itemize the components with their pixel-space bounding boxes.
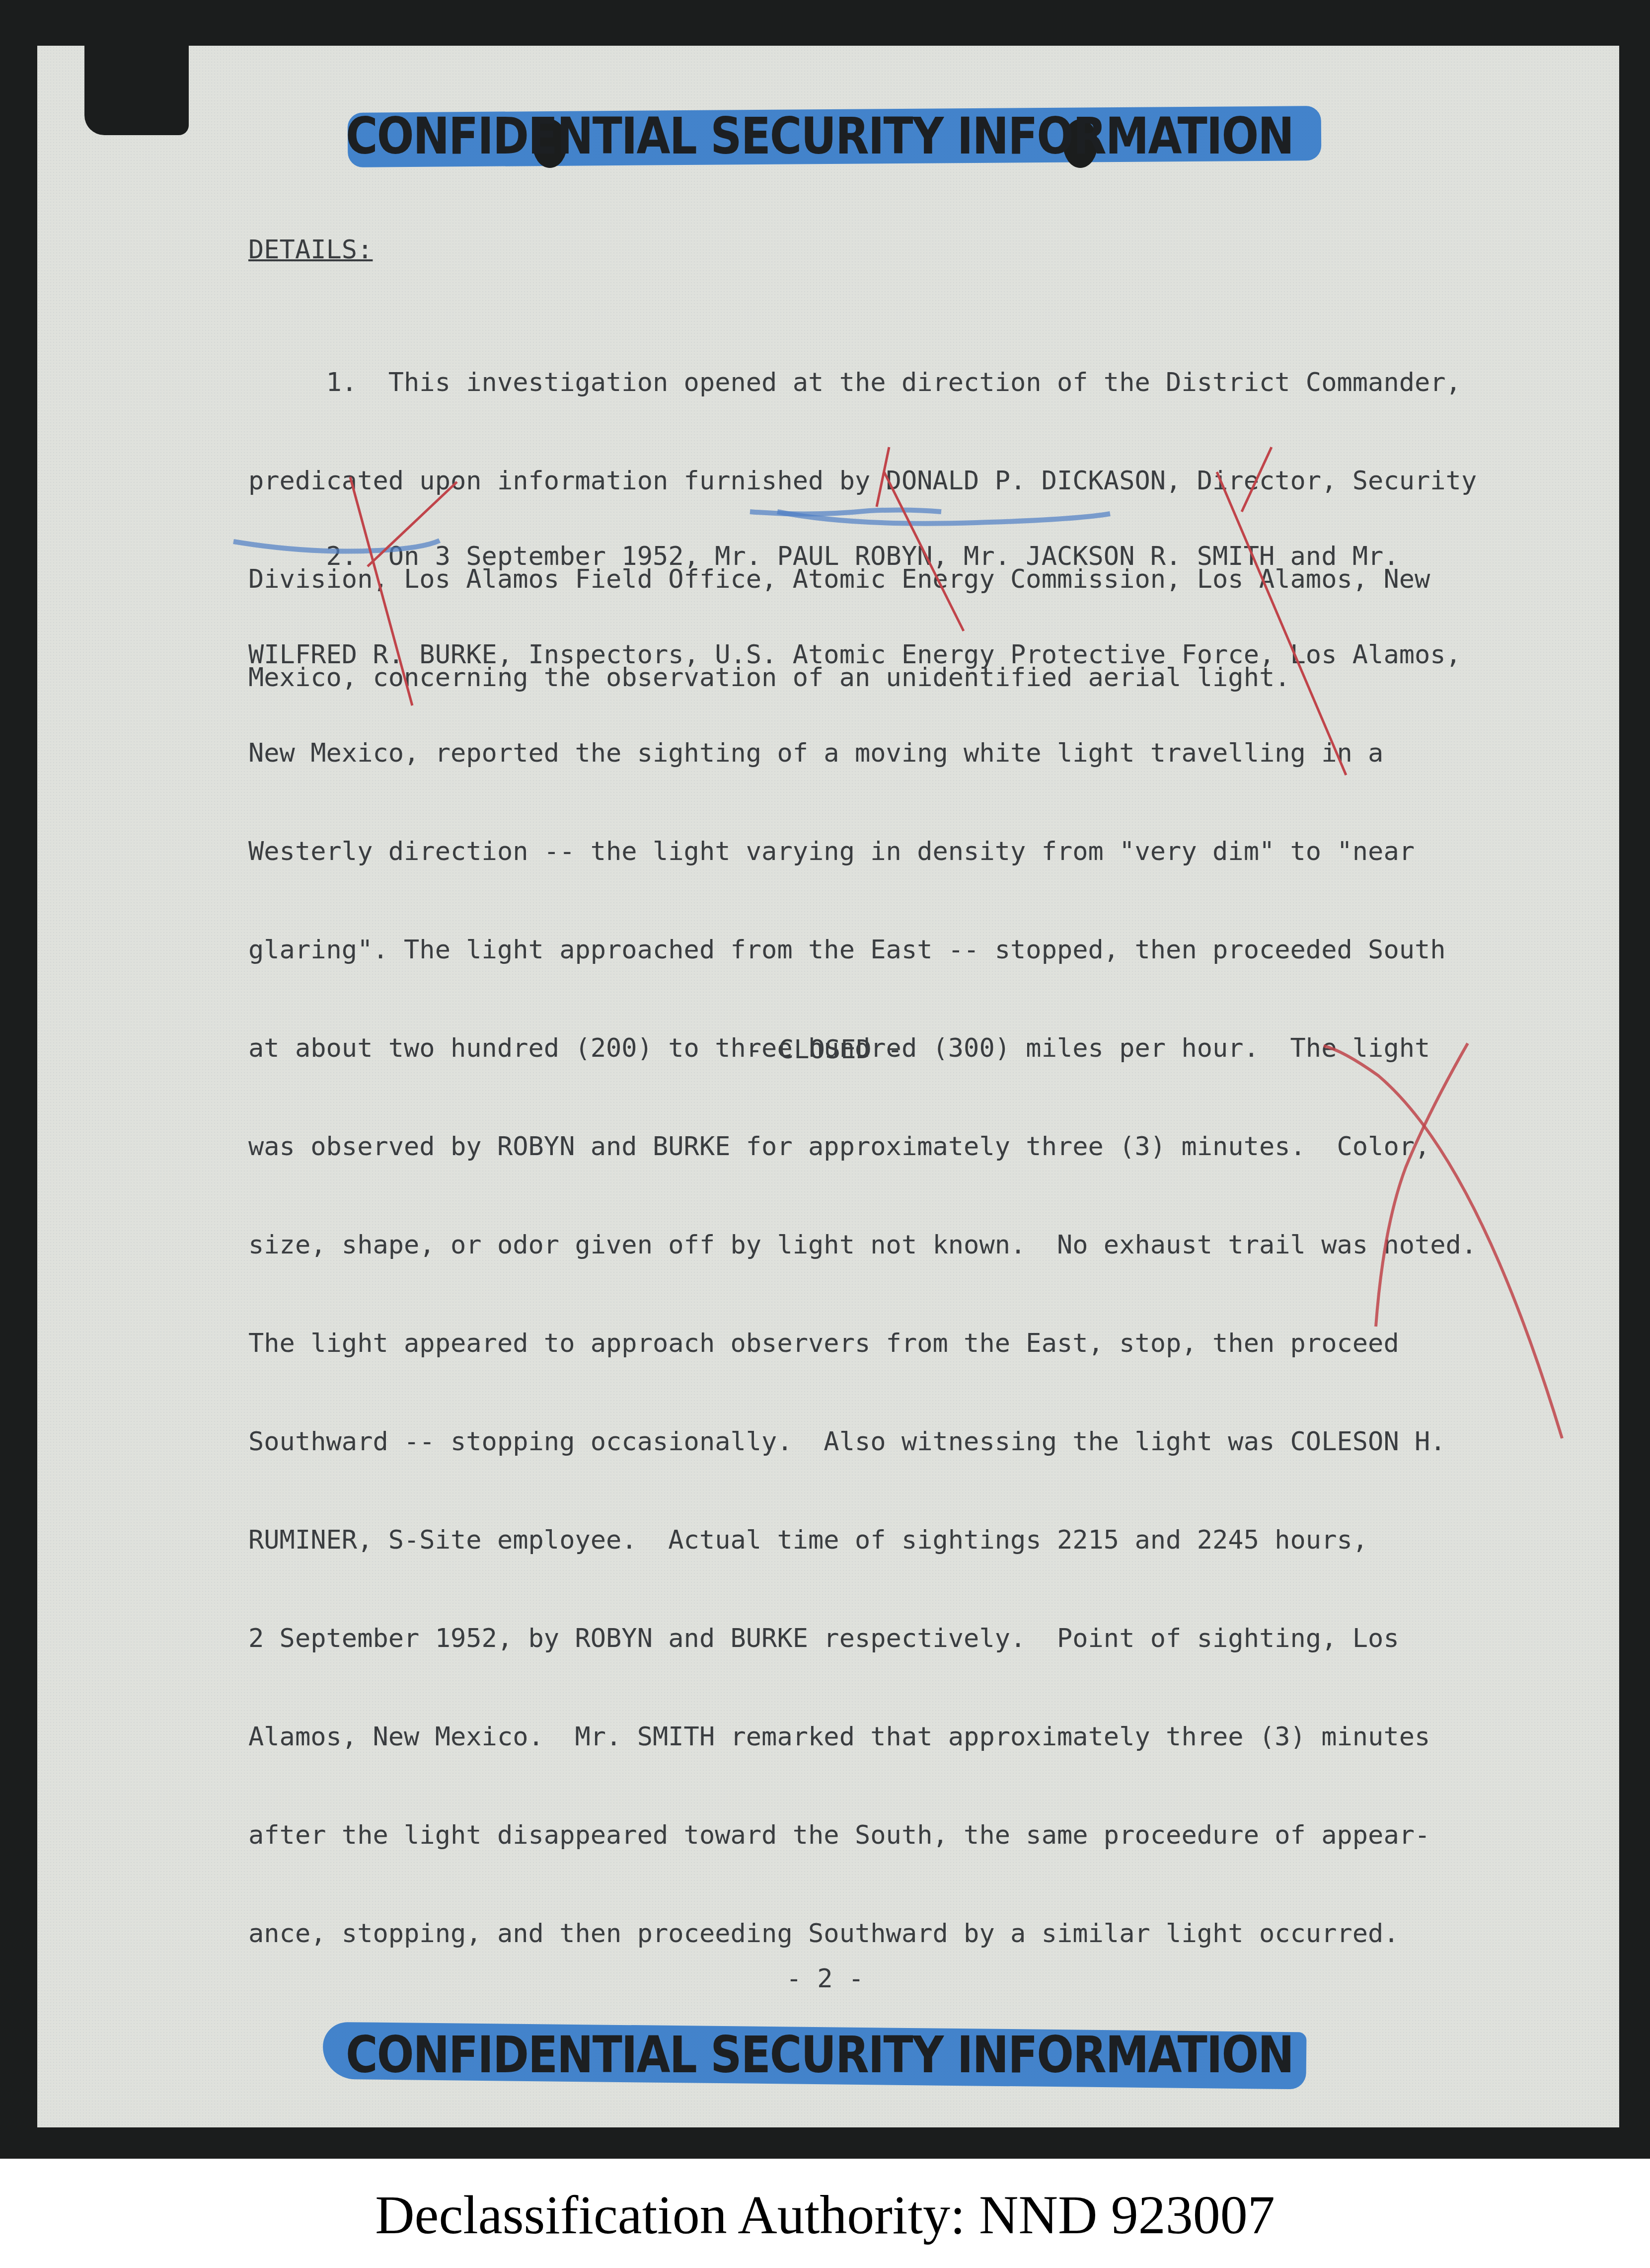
paragraph-2-line: size, shape, or odor given off by light … xyxy=(248,1229,1565,1261)
paragraph-1-line: 1. This investigation opened at the dire… xyxy=(248,366,1565,399)
paragraph-2-line: Southward -- stopping occasionally. Also… xyxy=(248,1425,1565,1458)
paragraph-2-line: Westerly direction -- the light varying … xyxy=(248,835,1565,868)
page-number: - 2 - xyxy=(0,1962,1650,1995)
paragraph-2-line: WILFRED R. BURKE, Inspectors, U.S. Atomi… xyxy=(248,638,1565,671)
declassification-caption: Declassification Authority: NND 923007 xyxy=(0,2184,1650,2247)
paragraph-2: 2. On 3 September 1952, Mr. PAUL ROBYN, … xyxy=(248,474,1565,1983)
header-stamp-text: CONFIDENTIAL SECURITY INFORMATION xyxy=(346,106,1293,165)
paragraph-2-line: was observed by ROBYN and BURKE for appr… xyxy=(248,1130,1565,1163)
footer-stamp-text: CONFIDENTIAL SECURITY INFORMATION xyxy=(346,2025,1293,2084)
paragraph-2-line: glaring". The light approached from the … xyxy=(248,934,1565,966)
paragraph-2-line: 2 September 1952, by ROBYN and BURKE res… xyxy=(248,1622,1565,1655)
header-confidential-stamp: CONFIDENTIAL SECURITY INFORMATION xyxy=(318,99,1321,174)
paragraph-2-line: 2. On 3 September 1952, Mr. PAUL ROBYN, … xyxy=(248,540,1565,573)
section-heading: DETAILS: xyxy=(248,234,373,266)
paragraph-2-line: after the light disappeared toward the S… xyxy=(248,1819,1565,1852)
paragraph-2-line: ance, stopping, and then proceeding Sout… xyxy=(248,1917,1565,1950)
footer-confidential-stamp: CONFIDENTIAL SECURITY INFORMATION xyxy=(318,2017,1321,2097)
paragraph-2-line: New Mexico, reported the sighting of a m… xyxy=(248,737,1565,770)
torn-corner xyxy=(84,46,189,135)
paragraph-2-line: RUMINER, S-Site employee. Actual time of… xyxy=(248,1524,1565,1557)
paragraph-2-line: Alamos, New Mexico. Mr. SMITH remarked t… xyxy=(248,1721,1565,1753)
paragraph-2-line: The light appeared to approach observers… xyxy=(248,1327,1565,1360)
closed-mark: - CLOSED - xyxy=(0,1033,1650,1066)
